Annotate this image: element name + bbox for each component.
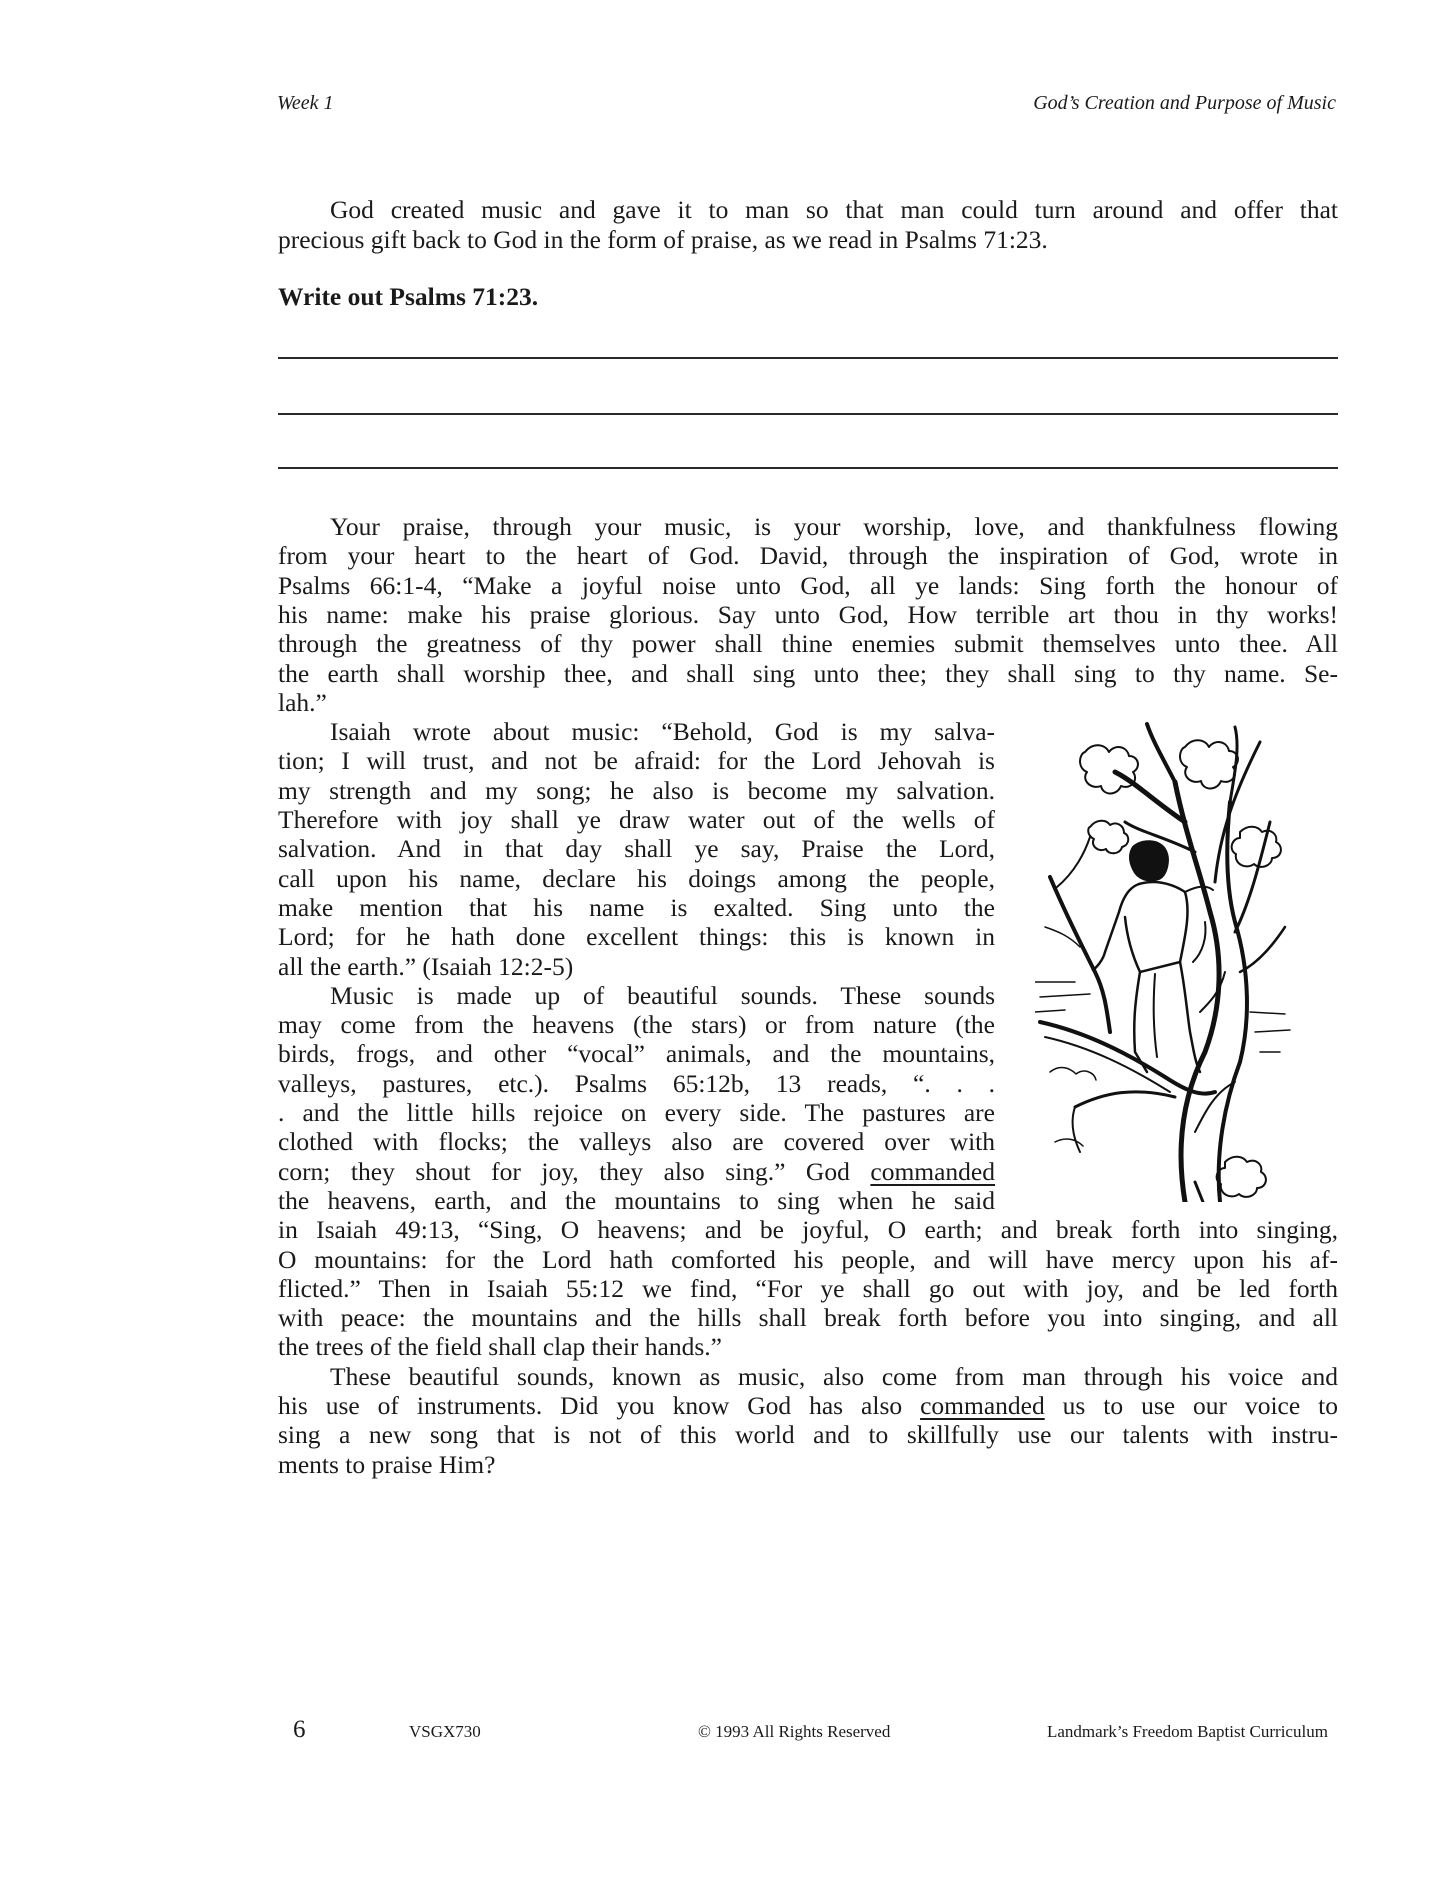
body-line: lah.” <box>278 688 327 718</box>
body-line: in Isaiah 49:13, “Sing, O heavens; and b… <box>278 1215 1338 1245</box>
body-line: birds, frogs, and other “vocal” animals,… <box>278 1039 995 1069</box>
body-line: Lord; for he hath done excellent things:… <box>278 922 995 952</box>
emphasis-underline: commanded <box>920 1391 1045 1420</box>
page-number: 6 <box>293 1716 306 1744</box>
intro-line: precious gift back to God in the form of… <box>278 225 1048 255</box>
boy-in-tree-illustration-icon <box>1035 712 1295 1202</box>
body-line: Therefore with joy shall ye draw water o… <box>278 805 995 835</box>
body-line: may come from the heavens (the stars) or… <box>278 1010 995 1040</box>
body-line: from your heart to the heart of God. Dav… <box>278 541 1338 571</box>
body-line: call upon his name, declare his doings a… <box>278 864 995 894</box>
body-line: tion; I will trust, and not be afraid: f… <box>278 746 995 776</box>
body-line: his name: make his praise glorious. Say … <box>278 600 1338 630</box>
body-line: ments to praise Him? <box>278 1450 495 1480</box>
body-line: the earth shall worship thee, and shall … <box>278 659 1338 689</box>
body-line: clothed with flocks; the valleys also ar… <box>278 1127 995 1157</box>
publisher-name: Landmark’s Freedom Baptist Curriculum <box>1047 1722 1328 1742</box>
intro-line: God created music and gave it to man so … <box>330 195 1338 225</box>
body-line: Psalms 66:1-4, “Make a joyful noise unto… <box>278 571 1338 601</box>
running-header-title: God’s Creation and Purpose of Music <box>1033 92 1336 115</box>
body-line: his use of instruments. Did you know God… <box>278 1391 1338 1421</box>
answer-line[interactable] <box>278 467 1338 469</box>
body-line: the trees of the field shall clap their … <box>278 1332 722 1362</box>
exercise-prompt: Write out Psalms 71:23. <box>278 282 538 312</box>
body-line: my strength and my song; he also is beco… <box>278 776 995 806</box>
body-line: valleys, pastures, etc.). Psalms 65:12b,… <box>278 1069 995 1099</box>
body-line: with peace: the mountains and the hills … <box>278 1303 1338 1333</box>
body-line: sing a new song that is not of this worl… <box>278 1420 1338 1450</box>
answer-line[interactable] <box>278 413 1338 415</box>
body-line: These beautiful sounds, known as music, … <box>330 1362 1338 1392</box>
body-line: all the earth.” (Isaiah 12:2-5) <box>278 952 573 982</box>
body-line: flicted.” Then in Isaiah 55:12 we find, … <box>278 1274 1338 1304</box>
body-line: make mention that his name is exalted. S… <box>278 893 995 923</box>
answer-line[interactable] <box>278 357 1338 359</box>
product-code: VSGX730 <box>409 1722 481 1742</box>
body-line: Your praise, through your music, is your… <box>330 512 1338 542</box>
body-line: . and the little hills rejoice on every … <box>278 1098 995 1128</box>
body-line: corn; they shout for joy, they also sing… <box>278 1157 995 1187</box>
body-line: Music is made up of beautiful sounds. Th… <box>330 981 995 1011</box>
body-line: salvation. And in that day shall ye say,… <box>278 834 995 864</box>
body-line: Isaiah wrote about music: “Behold, God i… <box>330 717 995 747</box>
body-line: O mountains: for the Lord hath comforted… <box>278 1245 1338 1275</box>
copyright-notice: © 1993 All Rights Reserved <box>698 1722 890 1742</box>
body-line: the heavens, earth, and the mountains to… <box>278 1186 995 1216</box>
body-line: through the greatness of thy power shall… <box>278 629 1338 659</box>
running-header-week: Week 1 <box>277 92 333 115</box>
emphasis-underline: commanded <box>870 1157 995 1186</box>
